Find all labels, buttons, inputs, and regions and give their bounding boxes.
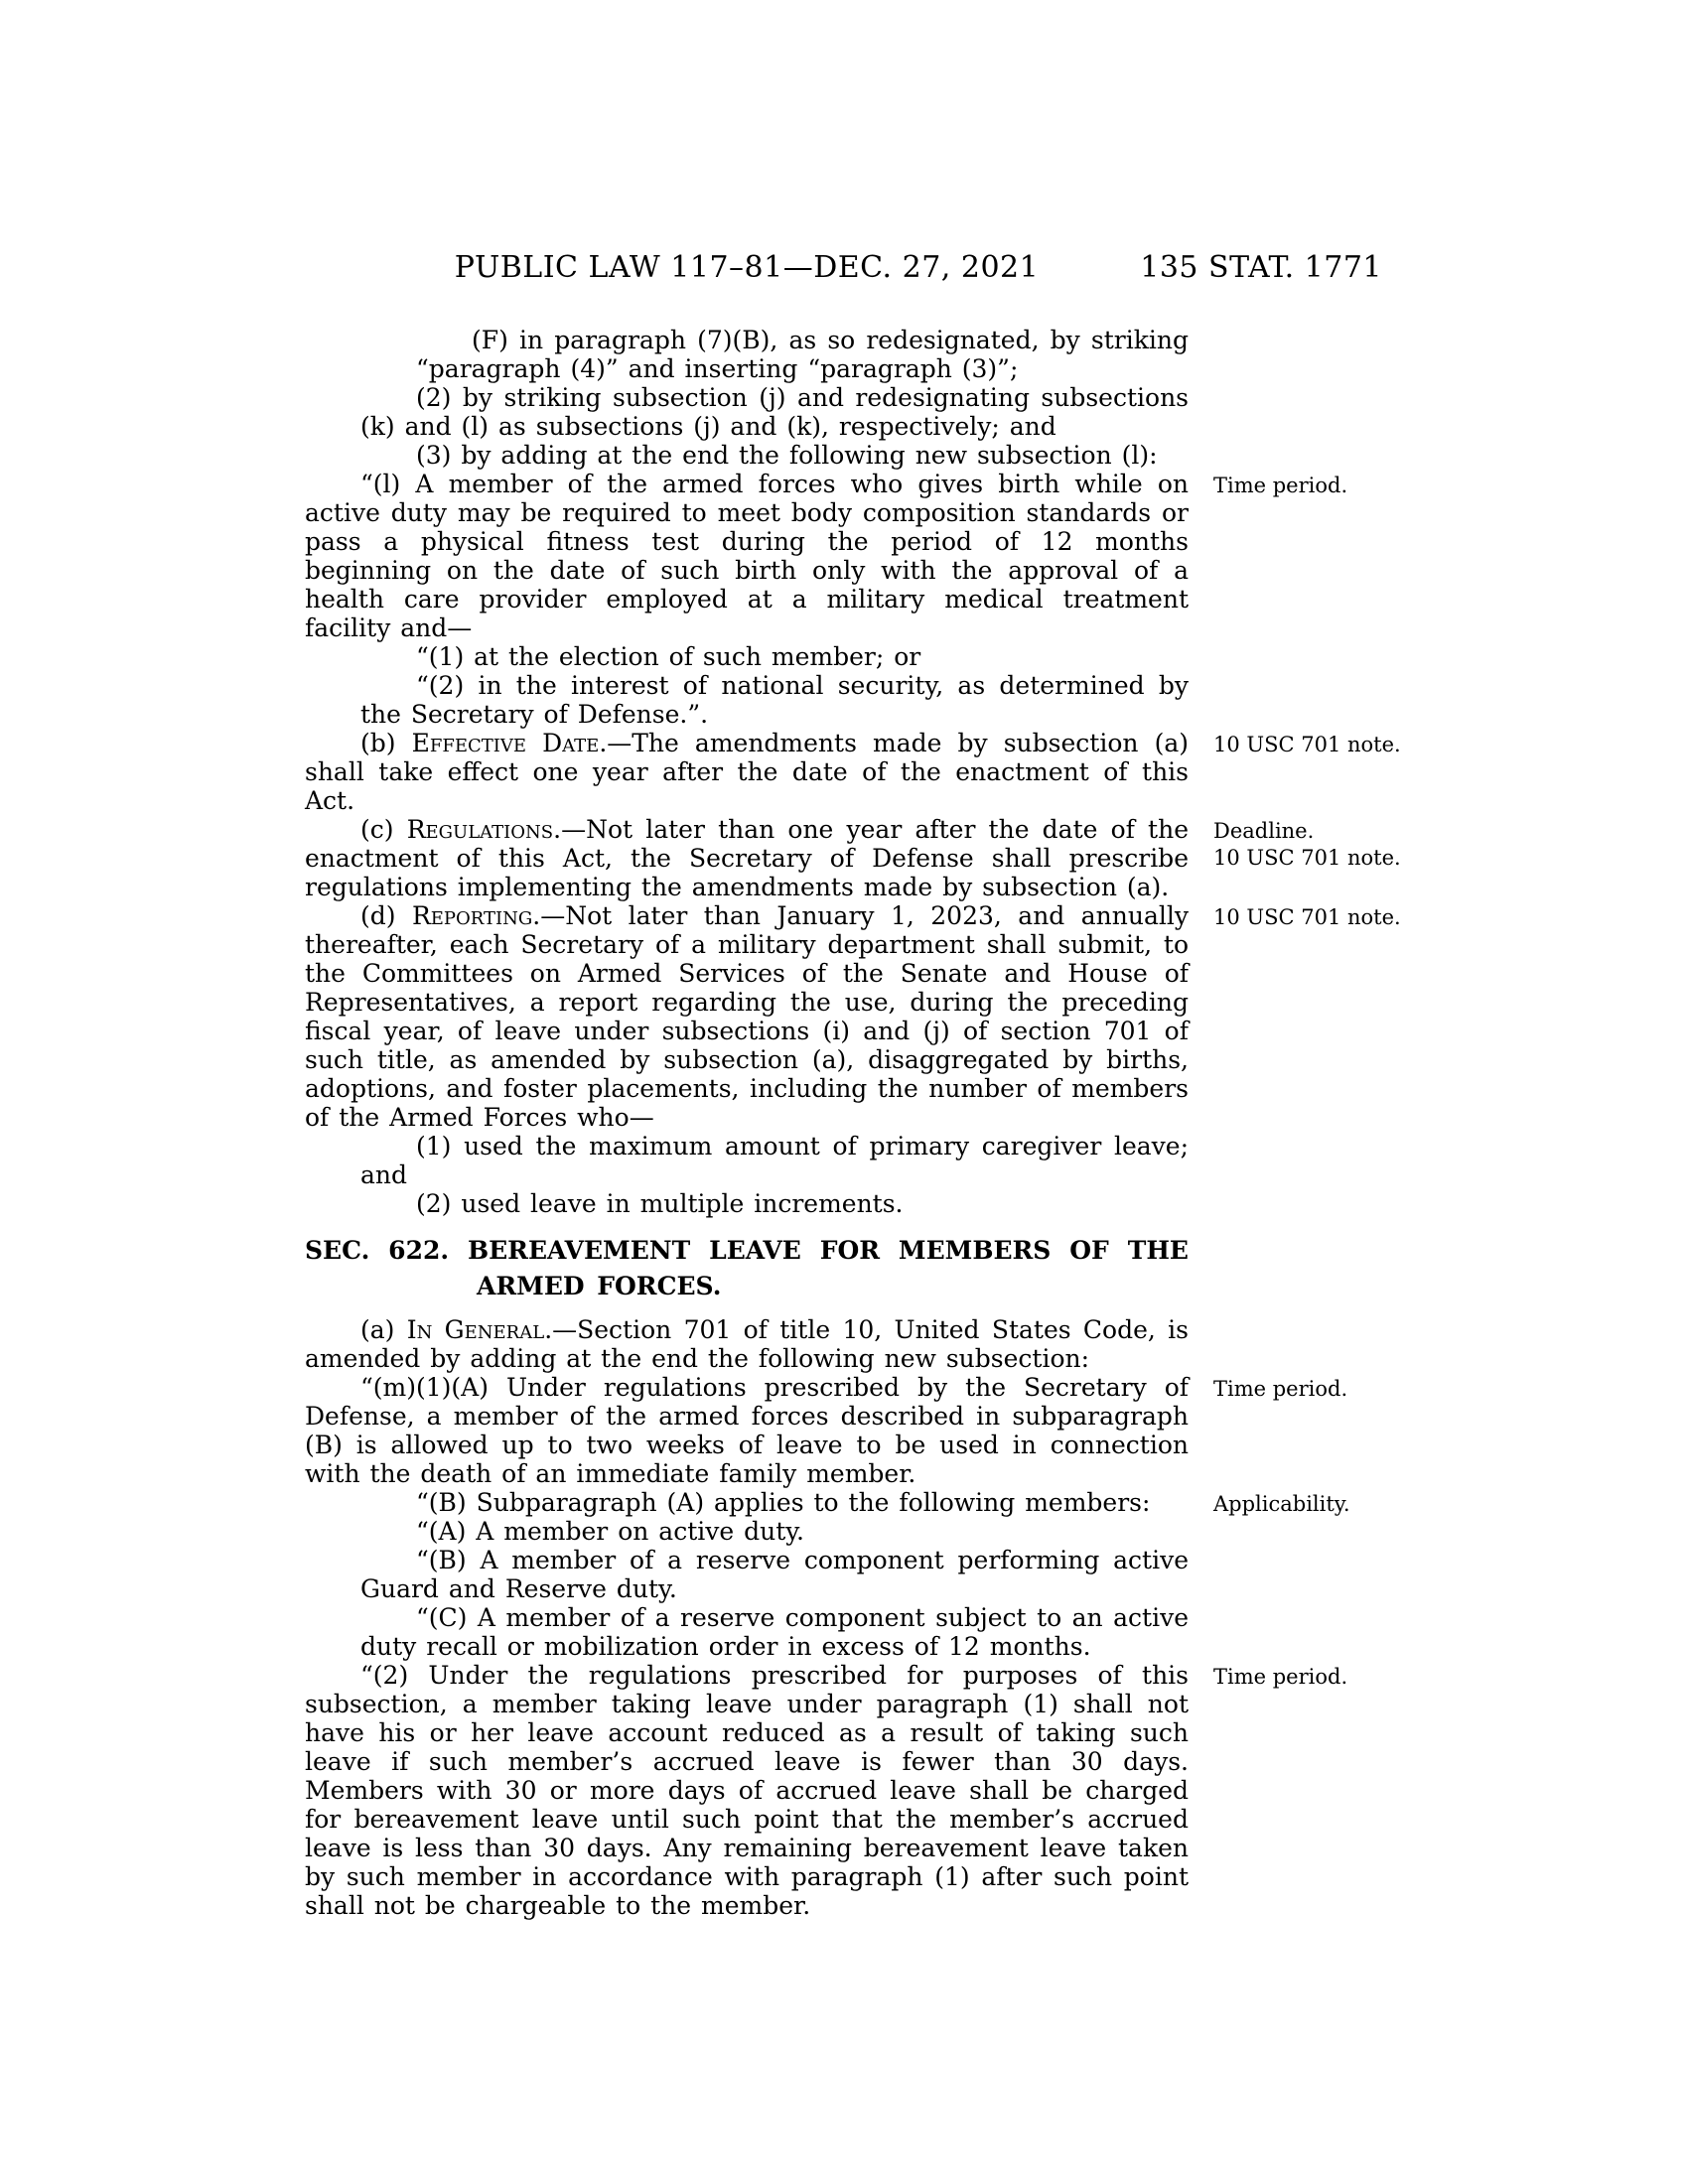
margin-note-line: 10 USC 701 note. xyxy=(1213,904,1407,931)
margin-note-line: Time period. xyxy=(1213,473,1407,499)
subsection-m-1-A: “(m)(1)(A) Under regulations prescribed … xyxy=(305,1373,1189,1488)
statute-text: “(2) Under the regulations prescribed fo… xyxy=(305,1661,1189,1920)
statute-page: PUBLIC LAW 117–81—DEC. 27, 2021 135 STAT… xyxy=(0,0,1688,2184)
margin-note-line: Applicability. xyxy=(1213,1491,1407,1518)
statute-text: Regulations xyxy=(407,815,553,844)
subsection-m-1-B: “(B) Subparagraph (A) applies to the fol… xyxy=(305,1488,1189,1517)
statute-text: (c) xyxy=(360,815,407,844)
statute-text: (1) used the maximum amount of primary c… xyxy=(360,1132,1189,1189)
statute-text: Effective Date xyxy=(412,729,600,757)
margin-note: 10 USC 701 note. xyxy=(1213,904,1407,931)
margin-note: Time period. xyxy=(1213,473,1407,499)
clause-2: (2) by striking subsection (j) and redes… xyxy=(305,383,1189,441)
paragraph-d-1: (1) used the maximum amount of primary c… xyxy=(305,1132,1189,1189)
clause-F: (F) in paragraph (7)(B), as so redesigna… xyxy=(305,326,1189,383)
statute-text: (b) xyxy=(360,729,412,757)
running-header-law-title: PUBLIC LAW 117–81—DEC. 27, 2021 xyxy=(305,250,1189,285)
subsection-b-effective-date: (b) Effective Date.—The amendments made … xyxy=(305,729,1189,815)
statute-text: (F) in paragraph (7)(B), as so redesigna… xyxy=(416,326,1189,383)
subsection-m-2: “(2) Under the regulations prescribed fo… xyxy=(305,1661,1189,1920)
statute-text: “(1) at the election of such member; or xyxy=(416,642,920,671)
statute-text: In General xyxy=(407,1315,544,1344)
running-header: PUBLIC LAW 117–81—DEC. 27, 2021 135 STAT… xyxy=(305,250,1382,286)
paragraph-l-2: “(2) in the interest of national securit… xyxy=(305,671,1189,729)
subsection-d-reporting: (d) Reporting.—Not later than January 1,… xyxy=(305,901,1189,1132)
subsection-l: “(l) A member of the armed forces who gi… xyxy=(305,470,1189,642)
statute-text: “(B) A member of a reserve component per… xyxy=(360,1546,1189,1603)
margin-note: Time period. xyxy=(1213,1376,1407,1403)
member-type-A: “(A) A member on active duty. xyxy=(305,1517,1189,1546)
statute-text: (2) used leave in multiple increments. xyxy=(416,1189,904,1218)
subsection-a-in-general: (a) In General.—Section 701 of title 10,… xyxy=(305,1315,1189,1373)
margin-note-line: Deadline. xyxy=(1213,818,1407,845)
margin-note: Applicability. xyxy=(1213,1491,1407,1518)
statute-text: (d) xyxy=(360,901,412,930)
statute-text: Reporting xyxy=(412,901,532,930)
statute-text: (a) xyxy=(360,1315,407,1344)
statute-text: “(m)(1)(A) Under regulations prescribed … xyxy=(305,1373,1189,1488)
margin-note-line: Time period. xyxy=(1213,1376,1407,1403)
statute-text: “(l) A member of the armed forces who gi… xyxy=(305,470,1189,642)
statute-text: (3) by adding at the end the following n… xyxy=(416,441,1158,470)
paragraph-d-2: (2) used leave in multiple increments. xyxy=(305,1189,1189,1218)
statute-text: SEC. 622. BEREAVEMENT LEAVE FOR MEMBERS … xyxy=(305,1236,1189,1300)
margin-note: 10 USC 701 note. xyxy=(1213,732,1407,758)
statute-text: “(C) A member of a reserve component sub… xyxy=(360,1603,1189,1661)
paragraph-l-1: “(1) at the election of such member; or xyxy=(305,642,1189,671)
statute-text: “(A) A member on active duty. xyxy=(416,1517,804,1546)
section-622-heading: SEC. 622. BEREAVEMENT LEAVE FOR MEMBERS … xyxy=(305,1233,1189,1304)
margin-note-line: 10 USC 701 note. xyxy=(1213,732,1407,758)
subsection-c-regulations: (c) Regulations.—Not later than one year… xyxy=(305,815,1189,901)
statute-text: “(2) in the interest of national securit… xyxy=(360,671,1189,729)
statute-text: .—Not later than January 1, 2023, and an… xyxy=(305,901,1189,1132)
margin-note-line: Time period. xyxy=(1213,1664,1407,1691)
margin-note-line: 10 USC 701 note. xyxy=(1213,845,1407,872)
margin-note: Deadline.10 USC 701 note. xyxy=(1213,818,1407,872)
member-type-B: “(B) A member of a reserve component per… xyxy=(305,1546,1189,1603)
statute-text: “(B) Subparagraph (A) applies to the fol… xyxy=(416,1488,1150,1517)
clause-3: (3) by adding at the end the following n… xyxy=(305,441,1189,470)
running-header-stat-citation: 135 STAT. 1771 xyxy=(1140,250,1382,285)
margin-note: Time period. xyxy=(1213,1664,1407,1691)
statute-text: (2) by striking subsection (j) and redes… xyxy=(360,383,1189,441)
text-column: (F) in paragraph (7)(B), as so redesigna… xyxy=(305,326,1189,1920)
member-type-C: “(C) A member of a reserve component sub… xyxy=(305,1603,1189,1661)
